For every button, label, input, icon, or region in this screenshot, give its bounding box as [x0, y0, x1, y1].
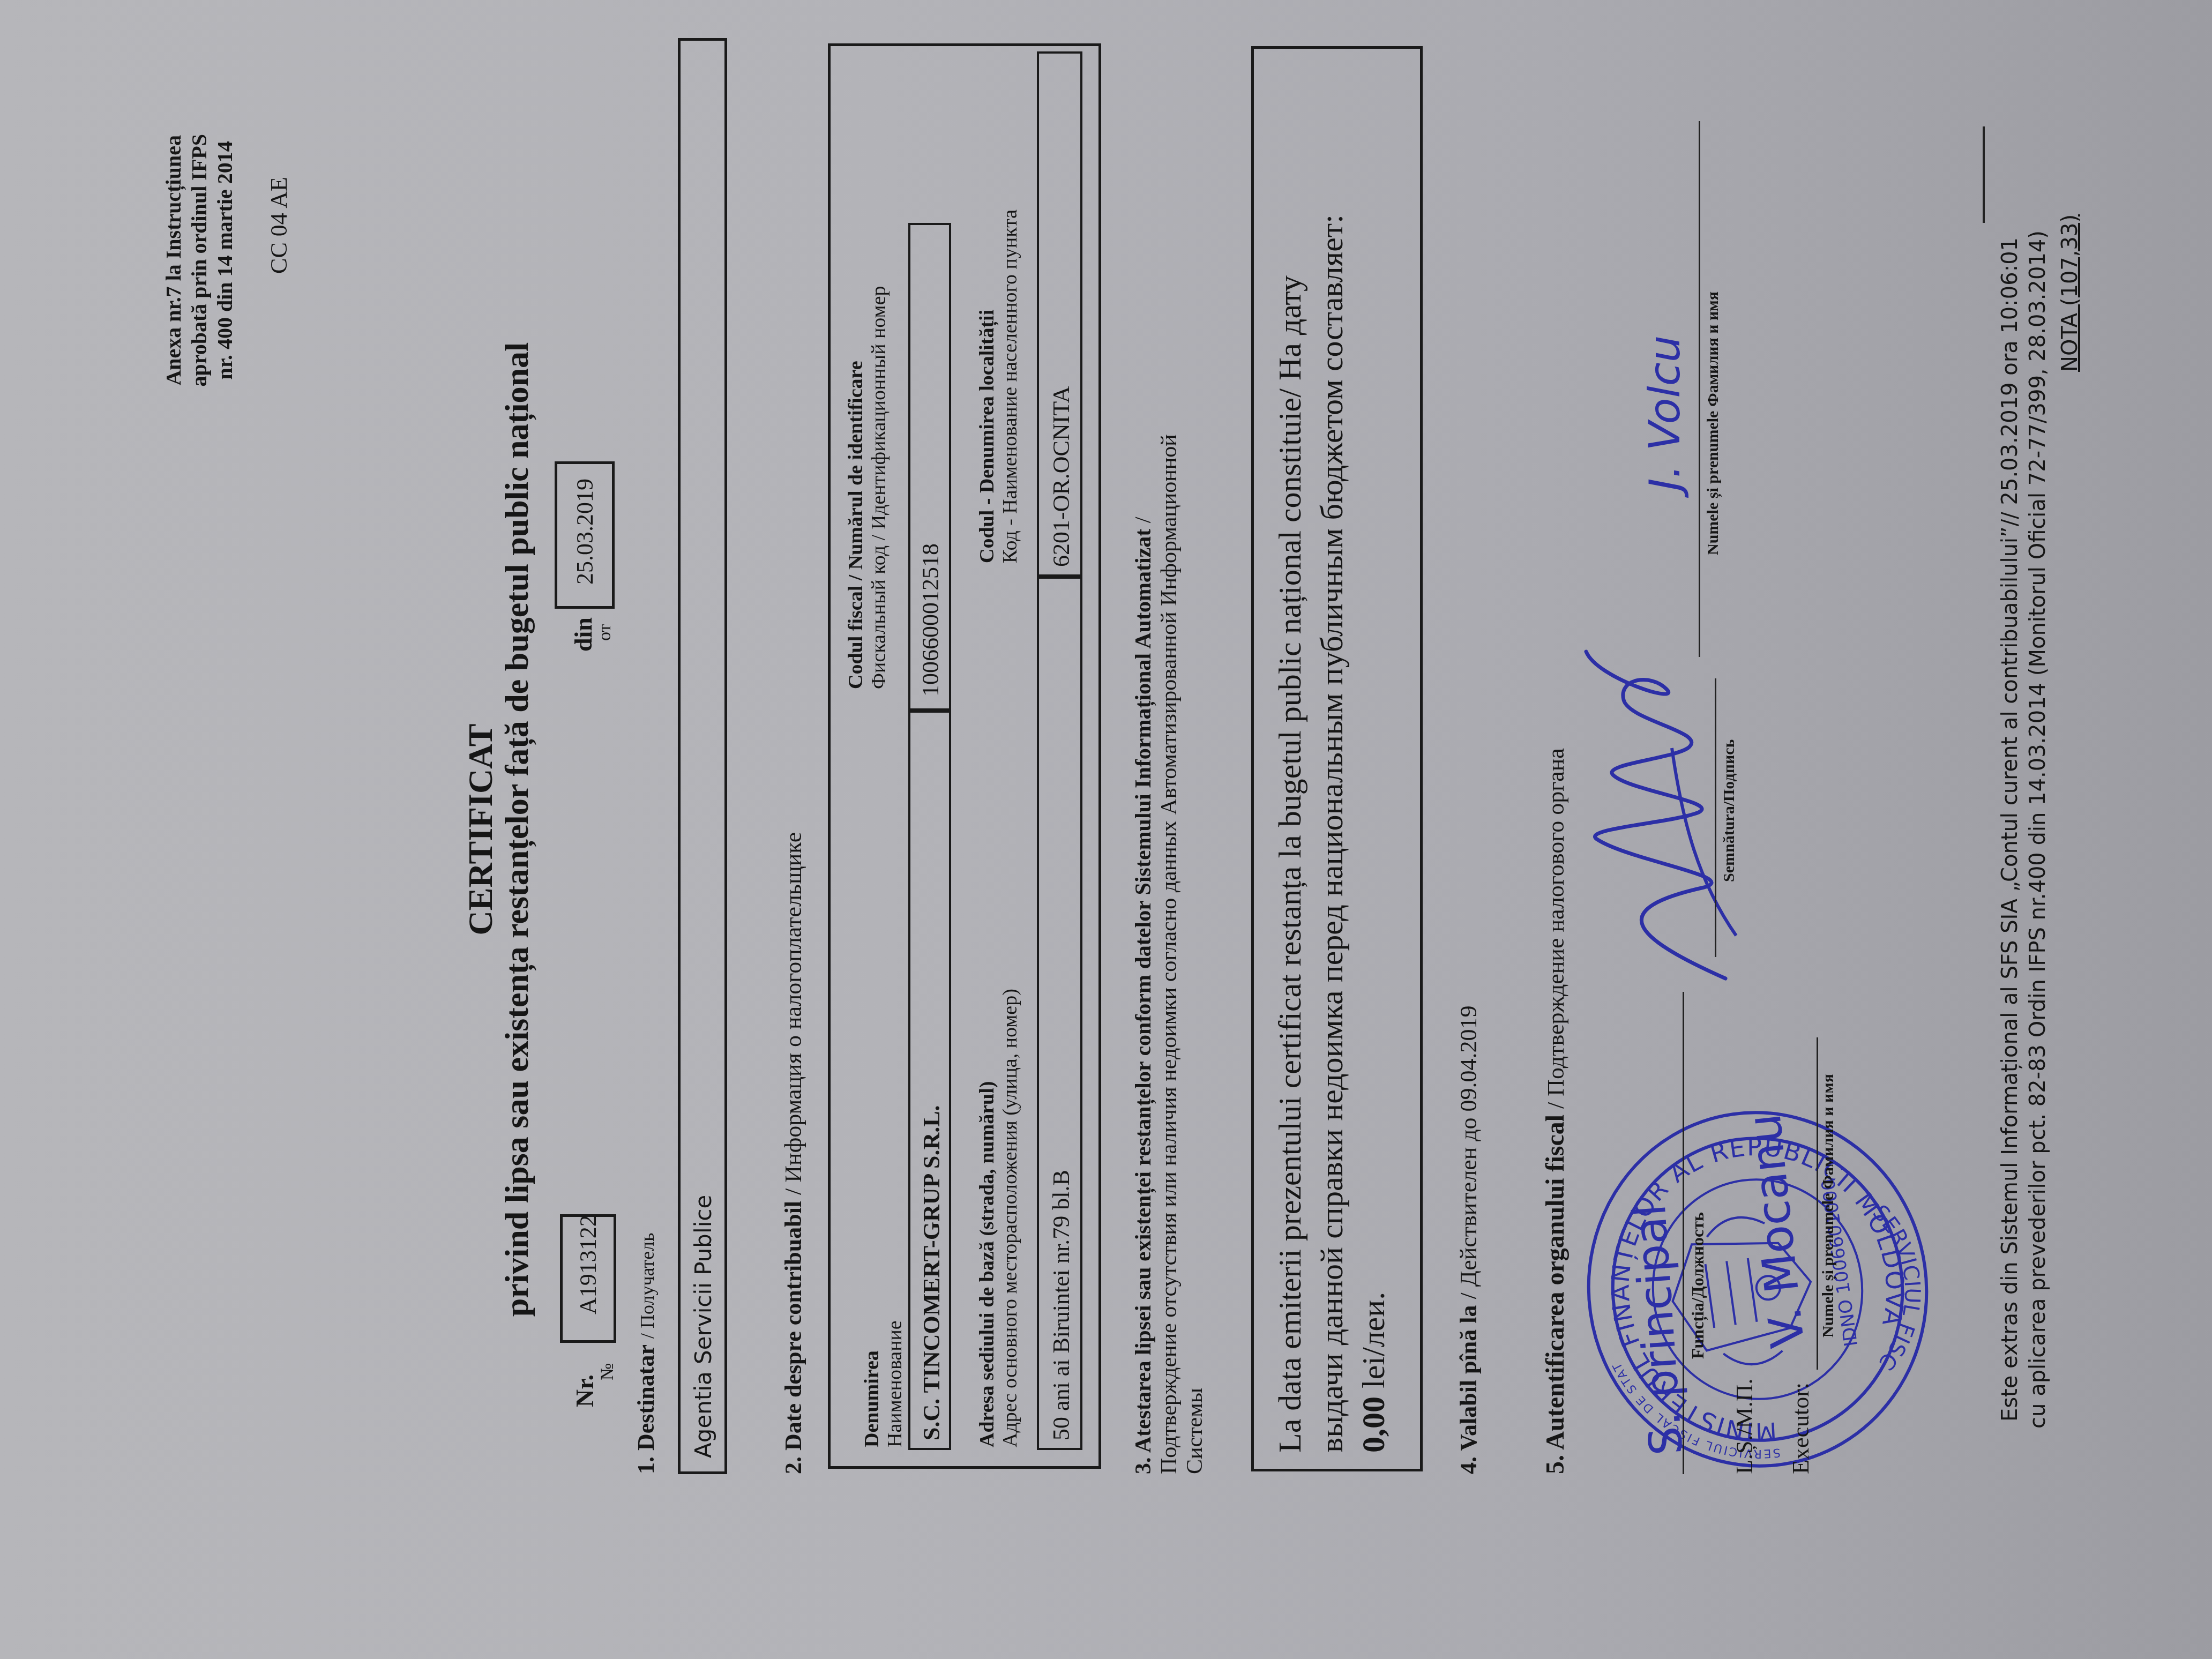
- annex-line-1: Anexa nr.7 la Instrucțiunea: [161, 134, 186, 387]
- certificate-date: 25.03.2019: [571, 479, 599, 585]
- recipient-value: Agentia Servicii Publice: [690, 1195, 716, 1458]
- arrears-statement-box: La data emiterii prezentului certificat …: [1251, 46, 1423, 1471]
- annex-line-3: nr. 400 din 14 martie 2014: [212, 134, 238, 387]
- address-label-suffix: (strada, numărul): [976, 1081, 998, 1236]
- statement-line-1: La data emiterii prezentului certificat …: [1269, 214, 1311, 1453]
- form-code: CC 04 AE: [265, 177, 293, 274]
- section-1-heading-ru: / Получатель: [637, 1232, 658, 1339]
- section-4-heading: 4. Valabil pînă la / Действителен до 09.…: [1455, 1005, 1482, 1474]
- name-value: S.C. TINCOMERT-GRUP S.R.L.: [918, 1105, 945, 1440]
- name-label: Denumirea: [860, 1350, 884, 1447]
- taxpayer-data-frame: Denumirea Наименование S.C. TINCOMERT-GR…: [828, 43, 1101, 1469]
- certificate-title: CERTIFICAT: [461, 0, 500, 1659]
- section-2-heading: 2. Date despre contribuabil / Информация…: [780, 832, 807, 1474]
- arrears-statement: La data emiterii prezentului certificat …: [1269, 214, 1394, 1453]
- section-3-heading: 3. Atestarea lipsei sau existenței resta…: [1131, 27, 1208, 1474]
- fiscal-code-label-ru: Фискальный код / Идентификационный номер: [867, 286, 891, 689]
- executor-line: [1817, 1037, 1818, 1370]
- section-3-heading-tail: /: [1131, 517, 1156, 529]
- footer-line-2: cu aplicarea prevederilor pct. 82-83 Ord…: [2024, 0, 2052, 1659]
- officer-name-handwritten: J. Volcu: [1640, 335, 1690, 491]
- executor-name-label: Numele și prenumele Фамилия и имя: [1819, 1074, 1837, 1337]
- arrears-amount: 0,00: [1356, 1396, 1391, 1453]
- name-value-box: S.C. TINCOMERT-GRUP S.R.L.: [908, 711, 951, 1450]
- valid-until-date: / Действителен до 09.04.2019: [1455, 1005, 1482, 1299]
- scanned-document-photo: Anexa nr.7 la Instrucțiunea aprobată pri…: [0, 0, 2212, 1659]
- annex-line-2: aprobată prin ordinul IFPS: [186, 134, 212, 387]
- certificate-page: Anexa nr.7 la Instrucțiunea aprobată pri…: [0, 0, 2212, 1659]
- seal-placeholder: L.Ș./М.П.: [1731, 1379, 1758, 1474]
- section-5-heading-ro: 5. Autentificarea organului fiscal: [1541, 1115, 1570, 1474]
- position-label: Funcția/Должность: [1688, 1212, 1708, 1359]
- section-3-heading-ru-2: Системы: [1183, 1388, 1207, 1474]
- name-label-ru: Наименование: [883, 1320, 907, 1447]
- annex-reference: Anexa nr.7 la Instrucțiunea aprobată pri…: [161, 134, 238, 387]
- section-2-heading-ro: 2. Date despre contribuabil: [780, 1201, 806, 1474]
- locality-label: Codul - Denumirea localității: [975, 310, 999, 563]
- address-label-ro: Adresa sediului de bază: [976, 1241, 998, 1447]
- date-label-ru: от: [595, 624, 615, 641]
- executor-label: Executor:: [1787, 1382, 1814, 1474]
- address-value: 50 ani ai Biruintei nr.79 bl.B: [1048, 1170, 1075, 1440]
- certificate-date-box: 25.03.2019: [555, 461, 615, 609]
- section-3-heading-ro: 3. Atestarea lipsei sau existenței resta…: [1131, 529, 1156, 1474]
- fiscal-code-label: Codul fiscal / Numărul de identificare: [844, 361, 868, 689]
- section-1-heading-ro: 1. Destinatar: [633, 1344, 659, 1474]
- officer-name-line: [1699, 121, 1700, 657]
- address-label-ru: Адрес основного месторасположения (улица…: [998, 989, 1022, 1447]
- certificate-number-box: A1913122: [560, 1214, 616, 1343]
- position-line: [1683, 992, 1684, 1474]
- arrears-currency: lei/леи.: [1356, 1292, 1391, 1396]
- footer-divider: [1983, 126, 1985, 223]
- locality-box: 6201-OR.OCNITA: [1037, 51, 1082, 577]
- section-2-heading-ru: / Информация о налогоплательщике: [780, 832, 806, 1195]
- signature-line: [1715, 678, 1716, 957]
- locality-value: 6201-OR.OCNITA: [1048, 386, 1075, 567]
- section-1-heading: 1. Destinatar / Получатель: [632, 1232, 660, 1474]
- section-4-heading-ro: 4. Valabil pînă la: [1455, 1305, 1482, 1474]
- fiscal-code-value: 1006600012518: [917, 543, 944, 697]
- signature-label: Semnătura/Подпись: [1720, 739, 1738, 882]
- address-label: Adresa sediului de bază (strada, numărul…: [975, 1081, 999, 1447]
- recipient-box: Agentia Servicii Publice: [678, 38, 727, 1474]
- footer-line-1: Este extras din Sistemul Informațional a…: [1996, 0, 2024, 1659]
- locality-label-ru: Код - Наименование населенного пункта: [998, 210, 1022, 563]
- certificate-number: A1913122: [574, 1215, 602, 1314]
- number-label: Nr.: [571, 1374, 599, 1407]
- number-label-ru: №: [597, 1363, 618, 1380]
- statement-line-2: выдачи данной справки недоимка перед нац…: [1311, 214, 1352, 1453]
- address-value-box: 50 ani ai Biruintei nr.79 bl.B: [1037, 577, 1082, 1450]
- section-3-heading-ru: Подтверждение отсутствия или наличия нед…: [1157, 434, 1182, 1474]
- certificate-subtitle: privind lipsa sau existența restanțelor …: [498, 0, 536, 1659]
- system-extract-note: Este extras din Sistemul Informațional a…: [1996, 0, 2052, 1659]
- date-label: din: [569, 617, 597, 652]
- nota-reference: NOTA (107,33): [2058, 214, 2082, 372]
- arrears-amount-line: 0,00 lei/леи.: [1352, 214, 1394, 1453]
- officer-name-label: Numele și prenumele Фамилия и имя: [1704, 292, 1722, 555]
- fiscal-code-box: 1006600012518: [908, 223, 951, 711]
